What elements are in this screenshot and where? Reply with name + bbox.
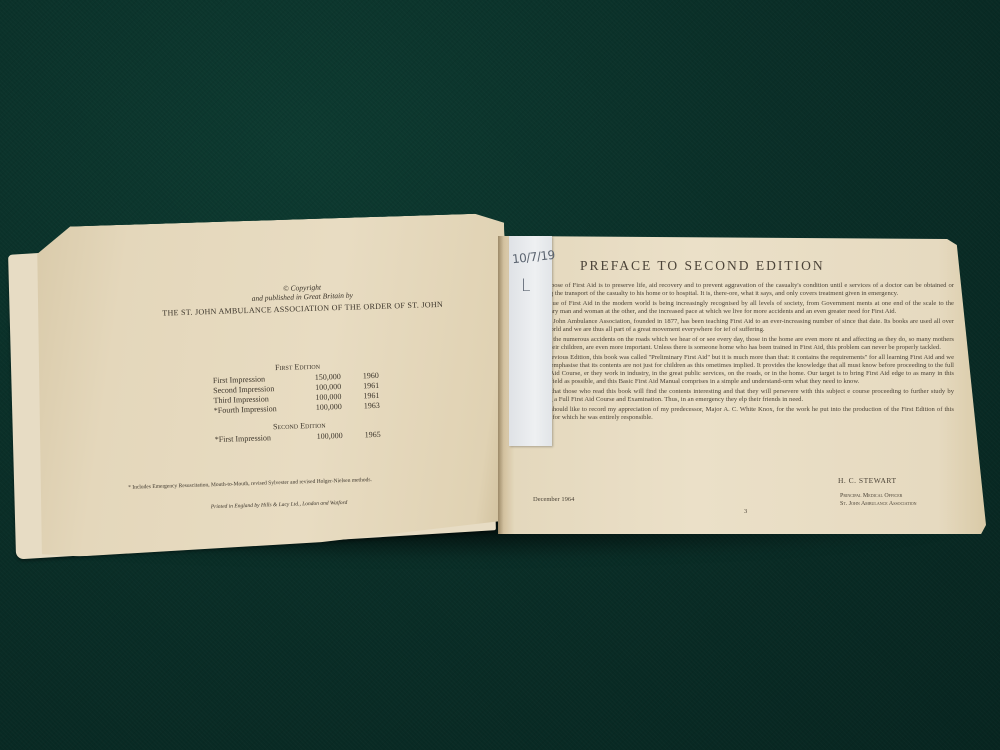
preface-paragraph: I should like to record my appreciation … [536,406,954,422]
preface-paragraph: he St. John Ambulance Association, found… [536,318,954,334]
impression-year: 1963 [342,401,380,412]
preface-date: December 1964 [533,496,574,503]
preface-paragraph: E purpose of First Aid is to preserve li… [536,282,954,298]
printer-line: Printed in England by Hills & Lacy Ltd.,… [211,500,348,510]
copyright-block: © Copyright and published in Great Brita… [132,278,473,319]
sticky-note-date: 10/7/19 [511,248,555,266]
impression-quantity: 100,000 [296,402,342,413]
preface-paragraph: espite the numerous accidents on the roa… [536,336,954,352]
signature-name: H. C. STEWART [838,476,897,485]
left-page-content: © Copyright and published in Great Brita… [22,213,514,558]
signature-title: Principal Medical Officer St. John Ambul… [840,492,917,508]
preface-title: PREFACE TO SECOND EDITION [580,258,825,274]
sticky-note-letter: L [521,276,530,296]
sticky-note: 10/7/19 L [509,236,552,446]
footnote: * Includes Emergency Resuscitation, Mout… [128,477,372,491]
impression-quantity: 100,000 [297,431,343,442]
copyright-symbol: © [283,284,289,293]
preface-paragraph: hope that those who read this book will … [536,388,954,404]
impression-year: 1965 [343,430,381,441]
right-page-content: PREFACE TO SECOND EDITION E purpose of F… [500,236,986,534]
preface-paragraph: the previous Edition, this book was call… [536,354,954,387]
impressions-table: First Edition First Impression 150,000 1… [212,357,385,445]
preface-paragraph: he value of First Aid in the modern worl… [536,300,954,316]
signature-title-line: Principal Medical Officer [840,492,917,500]
signature-title-line: St. John Ambulance Association [840,500,917,508]
impression-name: *First Impression [215,432,297,445]
page-number: 3 [744,508,747,515]
impression-name: *Fourth Impression [214,403,296,416]
preface-body: E purpose of First Aid is to preserve li… [536,282,954,424]
